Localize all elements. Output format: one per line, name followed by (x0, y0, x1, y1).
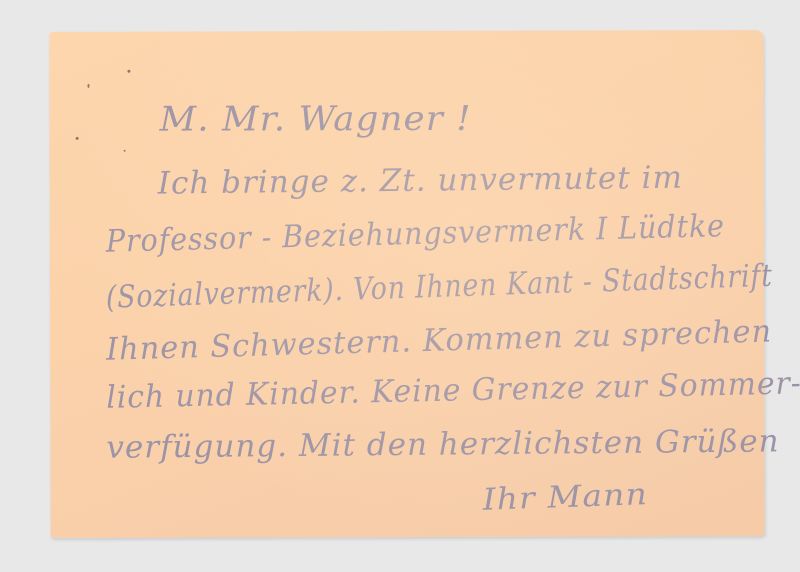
paper-speck (87, 84, 89, 88)
body-line-1: Ich bringe z. Zt. unvermutet im (158, 160, 684, 202)
body-line-4: Ihnen Schwestern. Kommen zu sprechen (106, 313, 773, 367)
body-line-3: (Sozialvermerk). Von Ihnen Kant - Stadts… (106, 258, 774, 316)
paper-speck (124, 150, 126, 152)
signature: Ihr Mann (482, 477, 649, 518)
paper-speck (127, 70, 130, 73)
body-line-2: Professor - Beziehungsvermerk I Lüdtke (105, 208, 725, 260)
salutation: M. Mr. Wagner ! (160, 99, 472, 140)
postcard: M. Mr. Wagner ! Ich bringe z. Zt. unverm… (49, 30, 764, 538)
photo-background: M. Mr. Wagner ! Ich bringe z. Zt. unverm… (0, 0, 800, 572)
body-line-5: lich und Kinder. Keine Grenze zur Sommer… (106, 365, 800, 415)
paper-speck (76, 137, 79, 140)
body-line-6: verfügung. Mit den herzlichsten Grüßen (106, 423, 779, 465)
